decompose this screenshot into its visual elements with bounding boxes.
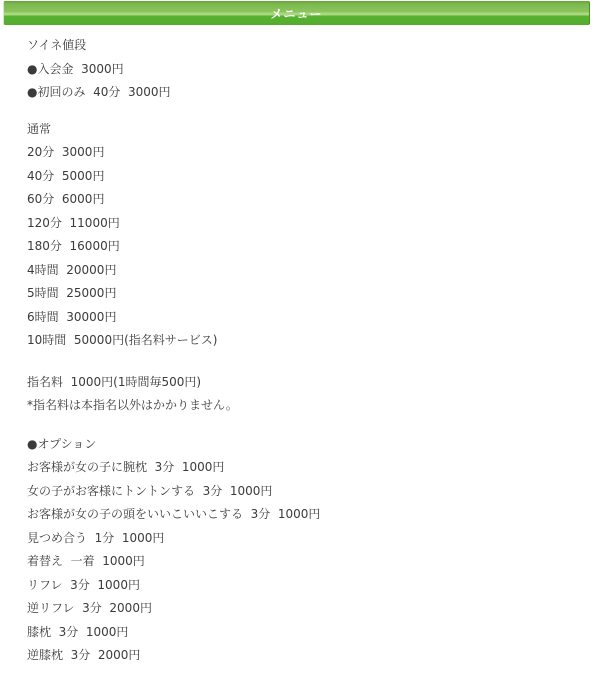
price-line-5hour: 5時間 25000円 bbox=[27, 282, 590, 306]
price-line-4hour: 4時間 20000円 bbox=[27, 259, 590, 283]
section-shimei: 指名料 1000円(1時間毎500円) *指名料は本指名以外はかかりません。 bbox=[27, 371, 590, 418]
price-line-10hour: 10時間 50000円(指名料サービス) bbox=[27, 329, 590, 353]
nomination-fee-note: *指名料は本指名以外はかかりません。 bbox=[27, 394, 590, 418]
price-line-nomination-fee: 指名料 1000円(1時間毎500円) bbox=[27, 371, 590, 395]
menu-title: メニュー bbox=[270, 7, 322, 21]
price-line-20min: 20分 3000円 bbox=[27, 141, 590, 165]
price-line-first-time: ●初回のみ 40分 3000円 bbox=[27, 81, 590, 105]
option-line-reverse-refle: 逆リフレ 3分 2000円 bbox=[27, 597, 590, 621]
price-line-60min: 60分 6000円 bbox=[27, 188, 590, 212]
price-list: ソイネ値段 ●入会金 3000円 ●初回のみ 40分 3000円 通常 20分 … bbox=[0, 34, 600, 668]
price-line-120min: 120分 11000円 bbox=[27, 212, 590, 236]
option-line-outfit-change: 着替え 一着 1000円 bbox=[27, 550, 590, 574]
section-normal-title: 通常 bbox=[27, 118, 590, 142]
section-soine-title: ソイネ値段 bbox=[27, 34, 590, 58]
section-options: ●オプション お客様が女の子に腕枕 3分 1000円 女の子がお客様にトントンす… bbox=[27, 433, 590, 668]
option-line-head-pat: お客様が女の子の頭をいいこいいこする 3分 1000円 bbox=[27, 503, 590, 527]
price-line-admission: ●入会金 3000円 bbox=[27, 58, 590, 82]
section-options-title: ●オプション bbox=[27, 433, 590, 457]
price-line-40min: 40分 5000円 bbox=[27, 165, 590, 189]
menu-header-bar: メニュー bbox=[3, 1, 590, 25]
price-line-180min: 180分 16000円 bbox=[27, 235, 590, 259]
option-line-tonton: 女の子がお客様にトントンする 3分 1000円 bbox=[27, 480, 590, 504]
option-line-gaze: 見つめ合う 1分 1000円 bbox=[27, 527, 590, 551]
section-soine: ソイネ値段 ●入会金 3000円 ●初回のみ 40分 3000円 bbox=[27, 34, 590, 105]
price-line-6hour: 6時間 30000円 bbox=[27, 306, 590, 330]
option-line-lap-pillow: 膝枕 3分 1000円 bbox=[27, 621, 590, 645]
option-line-reverse-lap-pillow: 逆膝枕 3分 2000円 bbox=[27, 644, 590, 668]
option-line-arm-pillow: お客様が女の子に腕枕 3分 1000円 bbox=[27, 456, 590, 480]
section-normal: 通常 20分 3000円 40分 5000円 60分 6000円 120分 11… bbox=[27, 118, 590, 353]
option-line-refle: リフレ 3分 1000円 bbox=[27, 574, 590, 598]
